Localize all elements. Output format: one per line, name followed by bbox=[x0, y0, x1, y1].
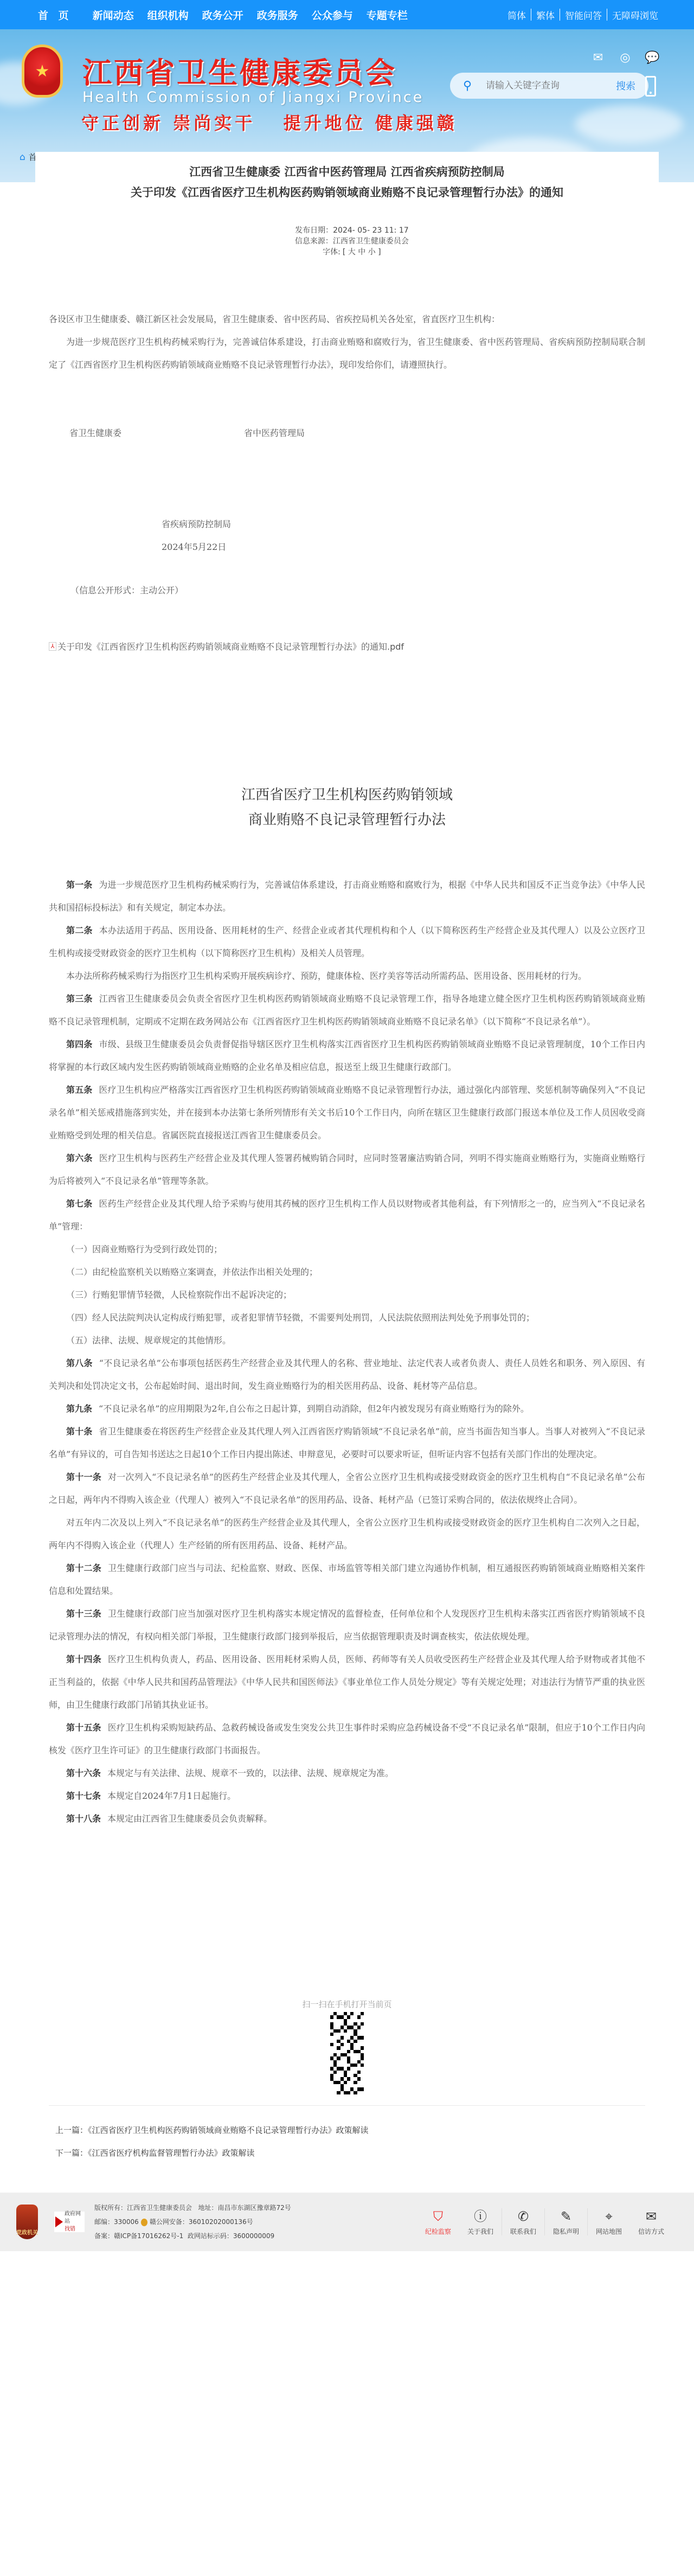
article-card: 江西省卫生健康委 江西省中医药管理局 江西省疾病预防控制局 关于印发《江西省医疗… bbox=[35, 152, 659, 2164]
search-input[interactable] bbox=[486, 80, 616, 91]
clause-text: 医药生产经营企业及其代理人给予采购与使用其药械的医疗卫生机构工作人员以财物或者其… bbox=[49, 1199, 645, 1232]
error-report-line2: 找错 bbox=[65, 2226, 75, 2232]
clause-label: 第三条 bbox=[66, 994, 93, 1004]
article-clause: 第三条江西省卫生健康委员会负责全省医疗卫生机构医药购销领域商业贿赂不良记录管理工… bbox=[49, 988, 645, 1033]
article-clause: （五）法律、法规、规章规定的其他情形。 bbox=[49, 1329, 645, 1352]
clause-label: 第十二条 bbox=[66, 1563, 101, 1573]
weibo-icon[interactable]: ◎ bbox=[618, 51, 632, 64]
next-article-link[interactable]: 《江西省医疗机构监督管理暂行办法》政策解读 bbox=[88, 2148, 255, 2158]
search-icon: ⚲ bbox=[463, 79, 477, 93]
mobile-icon[interactable] bbox=[645, 76, 656, 97]
clause-label: 第五条 bbox=[66, 1085, 92, 1095]
clause-text: 医疗卫生机构与医药生产经营企业及其代理人签署药械购销合同时，应同时签署廉洁购销合… bbox=[49, 1153, 645, 1186]
info-source-value: 江西省卫生健康委员会 bbox=[333, 237, 409, 246]
footer-link-contact[interactable]: ✆联系我们 bbox=[502, 2208, 544, 2236]
clause-text: 本规定自2024年7月1日起施行。 bbox=[107, 1791, 236, 1801]
divider bbox=[560, 9, 560, 21]
article-clause: 第十四条医疗卫生机构负责人，药品、医用设备、医用耗材采购人员，医师、药师等有关人… bbox=[49, 1648, 645, 1716]
nav-home[interactable]: 首 页 bbox=[38, 8, 72, 22]
article-clause: 第一条为进一步规范医疗卫生机构药械采购行为，完善诚信体系建设，打击商业贿赂和腐败… bbox=[49, 874, 645, 919]
clause-label: 第十三条 bbox=[66, 1609, 101, 1619]
article-clause: （四）经人民法院判决认定构成行贿犯罪，或者犯罪情节轻微，不需要判处刑罚，人民法院… bbox=[49, 1306, 645, 1329]
article-clause: 第十条省卫生健康委在将医药生产经营企业及其代理人列入江西省医疗购销领域“不良记录… bbox=[49, 1420, 645, 1466]
clause-text: （五）法律、法规、规章规定的其他情形。 bbox=[66, 1335, 231, 1345]
article-clause: 第十五条医疗卫生机构采购短缺药品、急救药械设备或发生突发公共卫生事件时采购应急药… bbox=[49, 1716, 645, 1762]
divider bbox=[531, 9, 531, 21]
attachment-link[interactable]: ⅄ 关于印发《江西省医疗卫生机构医药购销领域商业贿赂不良记录管理暂行办法》的通知… bbox=[49, 640, 645, 652]
info-circle-icon: ⓘ bbox=[474, 2208, 487, 2227]
next-label: 下一篇： bbox=[55, 2148, 88, 2158]
article-clause: 第五条医疗卫生机构应严格落实江西省医疗卫生机构医药购销领域商业贿赂不良记录管理暂… bbox=[49, 1079, 645, 1147]
article-clause: 第二条本办法适用于药品、医用设备、医用耗材的生产、经营企业或者其代理机构和个人（… bbox=[49, 919, 645, 965]
article-clause: 第四条市级、县级卫生健康委员会负责督促指导辖区医疗卫生机构落实江西省医疗卫生机构… bbox=[49, 1033, 645, 1079]
smart-qa-link[interactable]: 智能问答 bbox=[565, 8, 602, 22]
signature-tcm-bureau: 省中医药管理局 bbox=[244, 422, 305, 445]
home-icon: ⌂ bbox=[20, 152, 25, 163]
article-title-line1: 江西省卫生健康委 江西省中医药管理局 江西省疾病预防控制局 bbox=[49, 162, 645, 182]
clause-text: 医疗卫生机构应严格落实江西省医疗卫生机构医药购销领域商业贿赂不良记录管理暂行办法… bbox=[49, 1085, 645, 1140]
article-clause: 第十七条本规定自2024年7月1日起施行。 bbox=[49, 1785, 645, 1808]
pdf-icon: ⅄ bbox=[49, 642, 56, 651]
envelope-icon: ✉ bbox=[646, 2208, 657, 2227]
intro-paragraph: 为进一步规范医疗卫生机构药械采购行为，完善诚信体系建设，打击商业贿赂和腐败行为，… bbox=[49, 331, 645, 376]
spacer bbox=[49, 559, 645, 579]
prev-article: 上一篇：《江西省医疗卫生机构医药购销领域商业贿赂不良记录管理暂行办法》政策解读 bbox=[55, 2119, 645, 2142]
signature-health-commission: 省卫生健康委 bbox=[69, 422, 244, 445]
spacer bbox=[49, 445, 645, 513]
cloud-decoration bbox=[575, 105, 683, 143]
nav-news[interactable]: 新闻动态 bbox=[93, 8, 134, 22]
national-emblem-icon: ★ bbox=[22, 44, 63, 98]
qr-label: 扫一扫在手机打开当前页 bbox=[49, 1998, 645, 2010]
font-size-control: 字体:[ 大 中 小 ] bbox=[323, 248, 381, 257]
article-body: 各设区市卫生健康委、赣江新区社会发展局，省卫生健康委、省中医药局、省疾控局机关各… bbox=[49, 308, 645, 602]
clause-label: 第十一条 bbox=[66, 1472, 101, 1482]
clause-label: 第十八条 bbox=[66, 1814, 101, 1824]
clause-text: 卫生健康行政部门应当加强对医疗卫生机构落实本规定情况的监督检查，任何单位和个人发… bbox=[49, 1609, 645, 1642]
clause-text: 省卫生健康委在将医药生产经营企业及其代理人列入江西省医疗购销领域“不良记录名单”… bbox=[49, 1426, 645, 1459]
signature-date: 2024年5月22日 bbox=[49, 536, 645, 559]
clause-label: 第一条 bbox=[66, 880, 92, 890]
footer-link-privacy[interactable]: ✎隐私声明 bbox=[545, 2208, 587, 2236]
next-article: 下一篇：《江西省医疗机构监督管理暂行办法》政策解读 bbox=[55, 2142, 645, 2164]
clause-text: 对五年内二次及以上列入“不良记录名单”的医药生产经营企业及其代理人，全省公立医疗… bbox=[49, 1517, 645, 1550]
prev-label: 上一篇： bbox=[55, 2125, 88, 2135]
signature-cdc-bureau: 省疾病预防控制局 bbox=[49, 513, 645, 536]
magnifier-icon bbox=[55, 2216, 63, 2227]
divider bbox=[49, 2105, 645, 2106]
article-clause: 第七条医药生产经营企业及其代理人给予采购与使用其药械的医疗卫生机构工作人员以财物… bbox=[49, 1193, 645, 1238]
font-size-options[interactable]: [ 大 中 小 ] bbox=[343, 248, 381, 257]
accessibility-link[interactable]: 无障碍浏览 bbox=[612, 8, 658, 22]
article-title-line2: 关于印发《江西省医疗卫生机构医药购销领域商业贿赂不良记录管理暂行办法》的通知 bbox=[49, 182, 645, 203]
clause-text: “不良记录名单”公布事项包括医药生产经营企业及其代理人的名称、营业地址、法定代表… bbox=[49, 1358, 645, 1391]
article-title: 江西省卫生健康委 江西省中医药管理局 江西省疾病预防控制局 关于印发《江西省医疗… bbox=[49, 162, 645, 203]
error-report-line1: 政府网站 bbox=[65, 2211, 81, 2225]
site-title: 江西省卫生健康委员会 bbox=[82, 50, 397, 92]
article-clause: 第十六条本规定与有关法律、法规、规章不一致的，以法律、法规、规章规定为准。 bbox=[49, 1762, 645, 1785]
qr-module bbox=[361, 2091, 364, 2094]
clause-text: 江西省卫生健康委员会负责全省医疗卫生机构医药购销领域商业贿赂不良记录管理工作，指… bbox=[49, 994, 645, 1027]
clause-text: “不良记录名单”的应用期限为2年,自公布之日起计算，到期自动消除，但2年内被发现… bbox=[99, 1404, 529, 1414]
addressee: 各设区市卫生健康委、赣江新区社会发展局，省卫生健康委、省中医药局、省疾控局机关各… bbox=[49, 308, 645, 331]
social-links: ✉ ◎ 💬 bbox=[591, 51, 659, 64]
footer-link-label: 关于我们 bbox=[467, 2227, 493, 2236]
publish-date-label: 发布日期： bbox=[295, 226, 333, 235]
footer-link-about[interactable]: ⓘ关于我们 bbox=[459, 2208, 502, 2236]
clause-text: 为进一步规范医疗卫生机构药械采购行为，完善诚信体系建设，打击商业贿赂和腐败行为，… bbox=[49, 880, 645, 913]
error-report-label: 政府网站找错 bbox=[65, 2210, 83, 2233]
clause-text: 本规定与有关法律、法规、规章不一致的，以法律、法规、规章规定为准。 bbox=[107, 1768, 394, 1778]
traditional-chinese-link[interactable]: 繁体 bbox=[536, 8, 555, 22]
mail-icon[interactable]: ✉ bbox=[591, 51, 605, 64]
nav-organization[interactable]: 组织机构 bbox=[147, 8, 189, 22]
article-clause: 第六条医疗卫生机构与医药生产经营企业及其代理人签署药械购销合同时，应同时签署廉洁… bbox=[49, 1147, 645, 1193]
site-title-english: Health Commission of Jiangxi Province bbox=[82, 89, 423, 106]
article-clause: 第十二条卫生健康行政部门应当与司法、纪检监察、财政、医保、市场监管等相关部门建立… bbox=[49, 1557, 645, 1603]
regulation-title-line2: 商业贿赂不良记录管理暂行办法 bbox=[49, 808, 645, 832]
regulation-title-line1: 江西省医疗卫生机构医药购销领域 bbox=[49, 783, 645, 808]
article-clause: 第九条“不良记录名单”的应用期限为2年,自公布之日起计算，到期自动消除，但2年内… bbox=[49, 1398, 645, 1420]
top-nav: 首 页 新闻动态 组织机构 政务公开 政务服务 公众参与 专题专栏 简体 繁体 … bbox=[0, 0, 694, 29]
article-clause: 对五年内二次及以上列入“不良记录名单”的医药生产经营企业及其代理人，全省公立医疗… bbox=[49, 1511, 645, 1557]
footer-link-label: 隐私声明 bbox=[553, 2227, 579, 2236]
qr-code bbox=[330, 2012, 364, 2094]
regulation-title: 江西省医疗卫生机构医药购销领域 商业贿赂不良记录管理暂行办法 bbox=[49, 783, 645, 832]
article-clause: （二）由纪检监察机关以贿赂立案调查，并依法作出相关处理的； bbox=[49, 1261, 645, 1284]
clause-text: 医疗卫生机构采购短缺药品、急救药械设备或发生突发公共卫生事件时采购应急药械设备不… bbox=[49, 1722, 645, 1755]
clause-text: （四）经人民法院判决认定构成行贿犯罪，或者犯罪情节轻微，不需要判处刑罚，人民法院… bbox=[66, 1312, 535, 1323]
icp-record: 备案：赣ICP备17016262号-1 政网站标示码：3600000009 bbox=[94, 2229, 291, 2243]
clause-text: （一）因商业贿赂行为受到行政处罚的； bbox=[66, 1244, 222, 1254]
article-clause: 第十三条卫生健康行政部门应当加强对医疗卫生机构落实本规定情况的监督检查，任何单位… bbox=[49, 1603, 645, 1648]
simplified-chinese-link[interactable]: 简体 bbox=[507, 8, 526, 22]
footer-link-petition[interactable]: ✉信访方式 bbox=[630, 2208, 672, 2236]
postcode: 邮编：330006 bbox=[94, 2218, 139, 2226]
clause-text: （三）行贿犯罪情节轻微，人民检察院作出不起诉决定的； bbox=[66, 1290, 292, 1300]
map-pin-icon: ⌖ bbox=[605, 2208, 613, 2227]
publish-date-value: 2024- 05- 23 11: 17 bbox=[333, 226, 409, 235]
site-footer: 党政机关 政府网站找错 版权所有：江西省卫生健康委员会 地址：南昌市东湖区豫章路… bbox=[0, 2193, 694, 2251]
article-clause: 第十一条对一次列入“不良记录名单”的医药生产经营企业及其代理人，全省公立医疗卫生… bbox=[49, 1466, 645, 1511]
footer-info: 版权所有：江西省卫生健康委员会 地址：南昌市东湖区豫章路72号 邮编：33000… bbox=[94, 2201, 291, 2243]
shield-icon: ⛉ bbox=[433, 2208, 443, 2227]
footer-link-label: 网站地图 bbox=[596, 2227, 622, 2236]
clause-label: 第六条 bbox=[66, 1153, 93, 1163]
phone-icon: ✆ bbox=[518, 2208, 529, 2227]
police-record[interactable]: 赣公网安备：36010202000136号 bbox=[150, 2218, 253, 2226]
clause-text: 市级、县级卫生健康委员会负责督促指导辖区医疗卫生机构落实江西省医疗卫生机构医药购… bbox=[49, 1039, 645, 1072]
prev-article-link[interactable]: 《江西省医疗卫生机构医药购销领域商业贿赂不良记录管理暂行办法》政策解读 bbox=[88, 2125, 369, 2135]
footer-link-sitemap[interactable]: ⌖网站地图 bbox=[588, 2208, 630, 2236]
wechat-icon[interactable]: 💬 bbox=[645, 51, 659, 64]
article-clause: 本办法所称药械采购行为指医疗卫生机构采购开展疾病诊疗、预防，健康体检、医疗美容等… bbox=[49, 965, 645, 988]
party-govt-badge-icon[interactable]: 党政机关 bbox=[16, 2205, 38, 2239]
attachment-filename[interactable]: 关于印发《江西省医疗卫生机构医药购销领域商业贿赂不良记录管理暂行办法》的通知.p… bbox=[57, 640, 404, 652]
prev-next-nav: 上一篇：《江西省医疗卫生机构医药购销领域商业贿赂不良记录管理暂行办法》政策解读 … bbox=[49, 2119, 645, 2164]
regulation-body: 第一条为进一步规范医疗卫生机构药械采购行为，完善诚信体系建设，打击商业贿赂和腐败… bbox=[49, 874, 645, 1830]
clause-label: 第四条 bbox=[66, 1039, 93, 1049]
nav-public-participation[interactable]: 公众参与 bbox=[312, 8, 353, 22]
signature-row: 省卫生健康委 省中医药管理局 bbox=[49, 422, 645, 445]
clause-text: 卫生健康行政部门应当与司法、纪检监察、财政、医保、市场监管等相关部门建立沟通协作… bbox=[49, 1563, 645, 1596]
font-size-label: 字体: bbox=[323, 248, 340, 257]
footer-link-discipline[interactable]: ⛉纪检监察 bbox=[417, 2208, 459, 2236]
divider bbox=[607, 9, 607, 21]
article-clause: （三）行贿犯罪情节轻微，人民检察院作出不起诉决定的； bbox=[49, 1284, 645, 1306]
clause-text: （二）由纪检监察机关以贿赂立案调查，并依法作出相关处理的； bbox=[66, 1267, 318, 1277]
clause-label: 第七条 bbox=[66, 1199, 92, 1209]
clause-text: 本规定由江西省卫生健康委员会负责解释。 bbox=[107, 1814, 272, 1824]
clause-label: 第八条 bbox=[66, 1358, 93, 1368]
edit-document-icon: ✎ bbox=[561, 2208, 571, 2227]
clause-label: 第十五条 bbox=[66, 1722, 101, 1733]
article-clause: 第十八条本规定由江西省卫生健康委员会负责解释。 bbox=[49, 1808, 645, 1830]
footer-links: ⛉纪检监察 ⓘ关于我们 ✆联系我们 ✎隐私声明 ⌖网站地图 ✉信访方式 bbox=[417, 2208, 672, 2236]
qr-section: 扫一扫在手机打开当前页 bbox=[49, 1998, 645, 2094]
article-clause: （一）因商业贿赂行为受到行政处罚的； bbox=[49, 1238, 645, 1261]
article-clause: 第八条“不良记录名单”公布事项包括医药生产经营企业及其代理人的名称、营业地址、法… bbox=[49, 1352, 645, 1398]
footer-link-label: 联系我们 bbox=[510, 2227, 536, 2236]
search-bar: ⚲ 搜索 bbox=[450, 73, 648, 99]
clause-label: 第九条 bbox=[66, 1404, 92, 1414]
postcode-police: 邮编：330006赣公网安备：36010202000136号 bbox=[94, 2215, 291, 2229]
clause-label: 第二条 bbox=[66, 925, 93, 935]
gov-site-error-report-button[interactable]: 政府网站找错 bbox=[54, 2212, 85, 2232]
publish-date: 发布日期：2024- 05- 23 11: 17 bbox=[295, 226, 409, 235]
utility-links: 简体 繁体 智能问答 无障碍浏览 bbox=[507, 8, 658, 22]
clause-label: 第十六条 bbox=[66, 1768, 101, 1778]
search-button[interactable]: 搜索 bbox=[616, 79, 635, 93]
footer-link-label: 信访方式 bbox=[638, 2227, 664, 2236]
clause-label: 第十七条 bbox=[66, 1791, 101, 1801]
clause-text: 本办法适用于药品、医用设备、医用耗材的生产、经营企业或者其代理机构和个人（以下简… bbox=[49, 925, 645, 958]
nav-gov-disclosure[interactable]: 政务公开 bbox=[202, 8, 243, 22]
spacer bbox=[49, 376, 645, 422]
footer-link-label: 纪检监察 bbox=[425, 2227, 451, 2236]
police-badge-icon bbox=[141, 2219, 147, 2226]
info-source: 信息来源：江西省卫生健康委员会 bbox=[295, 237, 409, 246]
copyright-address: 版权所有：江西省卫生健康委员会 地址：南昌市东湖区豫章路72号 bbox=[94, 2201, 291, 2215]
article-meta: 发布日期：2024- 05- 23 11: 17 信息来源：江西省卫生健康委员会… bbox=[49, 216, 645, 266]
clause-text: 医疗卫生机构负责人，药品、医用设备、医用耗材采购人员，医师、药师等有关人员收受医… bbox=[49, 1654, 645, 1710]
info-source-label: 信息来源： bbox=[295, 237, 333, 246]
clause-text: 对一次列入“不良记录名单”的医药生产经营企业及其代理人，全省公立医疗卫生机构或接… bbox=[49, 1472, 645, 1505]
nav-gov-services[interactable]: 政务服务 bbox=[257, 8, 298, 22]
clause-text: 本办法所称药械采购行为指医疗卫生机构采购开展疾病诊疗、预防，健康体检、医疗美容等… bbox=[66, 971, 587, 981]
clause-label: 第十条 bbox=[66, 1426, 92, 1437]
clause-label: 第十四条 bbox=[66, 1654, 101, 1664]
nav-special-topics[interactable]: 专题专栏 bbox=[367, 8, 408, 22]
disclosure-form: （信息公开形式：主动公开） bbox=[49, 579, 645, 602]
slogan: 守正创新 崇尚实干 提升地位 健康强赣 bbox=[81, 110, 458, 134]
main-menu: 首 页 新闻动态 组织机构 政务公开 政务服务 公众参与 专题专栏 bbox=[38, 8, 421, 22]
